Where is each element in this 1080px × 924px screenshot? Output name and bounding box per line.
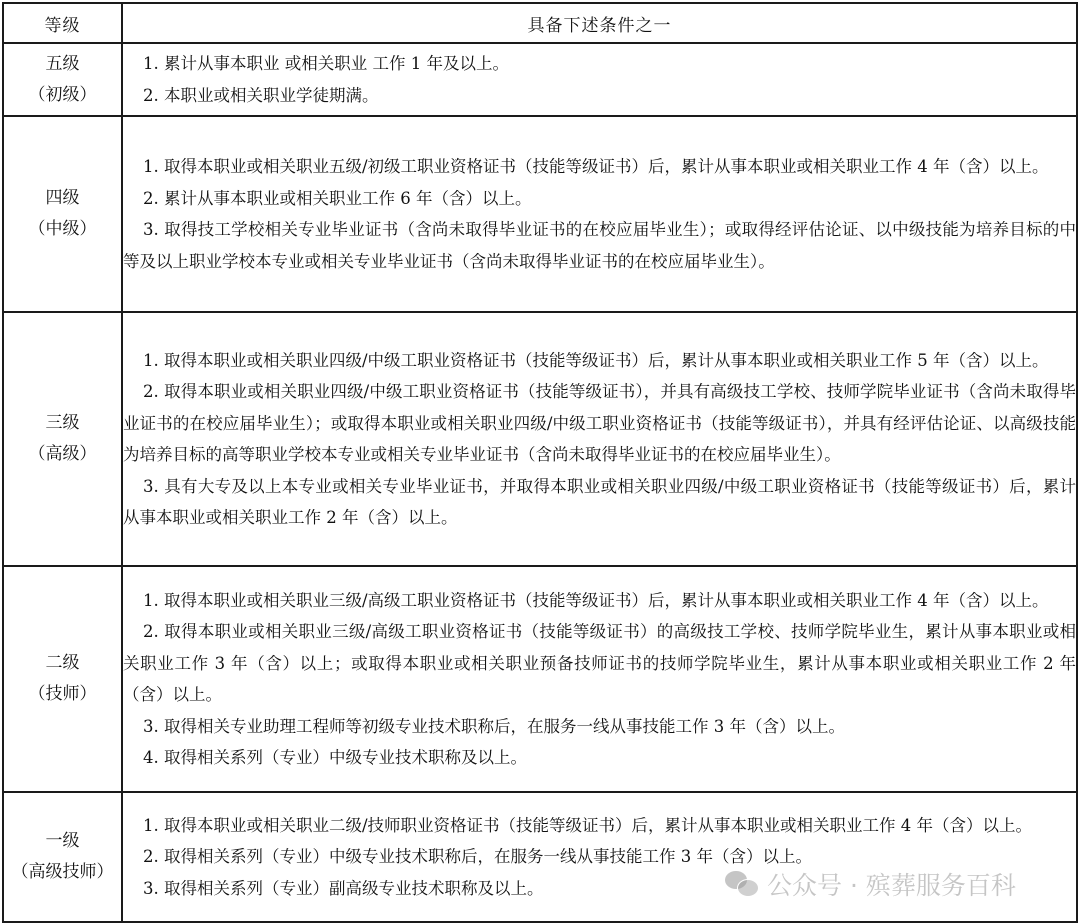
condition-item: 2. 本职业或相关职业学徒期满。 bbox=[123, 80, 1076, 112]
table-row-level-3: 三级 （高级） 1. 取得本职业或相关职业四级/中级工职业资格证书（技能等级证书… bbox=[3, 312, 1077, 566]
conditions-cell: 1. 取得本职业或相关职业五级/初级工职业资格证书（技能等级证书）后，累计从事本… bbox=[122, 116, 1077, 312]
condition-item: 3. 取得相关系列（专业）副高级专业技术职称及以上。 bbox=[123, 873, 1076, 905]
condition-item: 1. 取得本职业或相关职业二级/技师职业资格证书（技能等级证书）后，累计从事本职… bbox=[123, 810, 1076, 842]
conditions-cell: 1. 取得本职业或相关职业三级/高级工职业资格证书（技能等级证书）后，累计从事本… bbox=[122, 566, 1077, 792]
level-name: 二级 bbox=[4, 648, 121, 679]
level-subtitle: （技师） bbox=[4, 679, 121, 710]
condition-item: 4. 取得相关系列（专业）中级专业技术职称及以上。 bbox=[123, 742, 1076, 774]
conditions-cell: 1. 取得本职业或相关职业四级/中级工职业资格证书（技能等级证书）后，累计从事本… bbox=[122, 312, 1077, 566]
level-cell: 二级 （技师） bbox=[3, 566, 122, 792]
condition-item: 2. 取得相关系列（专业）中级专业技术职称后，在服务一线从事技能工作 3 年（含… bbox=[123, 841, 1076, 873]
condition-item: 2. 累计从事本职业或相关职业工作 6 年（含）以上。 bbox=[123, 183, 1076, 215]
level-cell: 三级 （高级） bbox=[3, 312, 122, 566]
condition-item: 1. 取得本职业或相关职业四级/中级工职业资格证书（技能等级证书）后，累计从事本… bbox=[123, 345, 1076, 377]
level-subtitle: （高级技师） bbox=[4, 857, 121, 888]
level-cell: 一级 （高级技师） bbox=[3, 792, 122, 922]
table-row-level-5: 五级 （初级） 1. 累计从事本职业 或相关职业 工作 1 年及以上。 2. 本… bbox=[3, 43, 1077, 116]
level-name: 三级 bbox=[4, 408, 121, 439]
header-row: 等级 具备下述条件之一 bbox=[3, 3, 1077, 43]
table-row-level-1: 一级 （高级技师） 1. 取得本职业或相关职业二级/技师职业资格证书（技能等级证… bbox=[3, 792, 1077, 922]
condition-item: 2. 取得本职业或相关职业三级/高级工职业资格证书（技能等级证书）的高级技工学校… bbox=[123, 616, 1076, 711]
level-name: 四级 bbox=[4, 183, 121, 214]
condition-item: 3. 取得相关专业助理工程师等初级专业技术职称后，在服务一线从事技能工作 3 年… bbox=[123, 711, 1076, 743]
condition-item: 1. 累计从事本职业 或相关职业 工作 1 年及以上。 bbox=[123, 48, 1076, 80]
condition-item: 2. 取得本职业或相关职业四级/中级工职业资格证书（技能等级证书），并具有高级技… bbox=[123, 376, 1076, 471]
condition-item: 1. 取得本职业或相关职业三级/高级工职业资格证书（技能等级证书）后，累计从事本… bbox=[123, 585, 1076, 617]
table-row-level-4: 四级 （中级） 1. 取得本职业或相关职业五级/初级工职业资格证书（技能等级证书… bbox=[3, 116, 1077, 312]
conditions-cell: 1. 取得本职业或相关职业二级/技师职业资格证书（技能等级证书）后，累计从事本职… bbox=[122, 792, 1077, 922]
header-conditions: 具备下述条件之一 bbox=[122, 3, 1077, 43]
level-name: 一级 bbox=[4, 826, 121, 857]
requirements-table: 等级 具备下述条件之一 五级 （初级） 1. 累计从事本职业 或相关职业 工作 … bbox=[2, 2, 1078, 923]
level-cell: 四级 （中级） bbox=[3, 116, 122, 312]
condition-item: 3. 具有大专及以上本专业或相关专业毕业证书，并取得本职业或相关职业四级/中级工… bbox=[123, 471, 1076, 534]
level-subtitle: （初级） bbox=[4, 80, 121, 111]
header-level: 等级 bbox=[3, 3, 122, 43]
condition-item: 3. 取得技工学校相关专业毕业证书（含尚未取得毕业证书的在校应届毕业生）；或取得… bbox=[123, 214, 1076, 277]
level-subtitle: （高级） bbox=[4, 439, 121, 470]
level-cell: 五级 （初级） bbox=[3, 43, 122, 116]
conditions-cell: 1. 累计从事本职业 或相关职业 工作 1 年及以上。 2. 本职业或相关职业学… bbox=[122, 43, 1077, 116]
level-name: 五级 bbox=[4, 49, 121, 80]
condition-item: 1. 取得本职业或相关职业五级/初级工职业资格证书（技能等级证书）后，累计从事本… bbox=[123, 151, 1076, 183]
level-subtitle: （中级） bbox=[4, 214, 121, 245]
table-row-level-2: 二级 （技师） 1. 取得本职业或相关职业三级/高级工职业资格证书（技能等级证书… bbox=[3, 566, 1077, 792]
